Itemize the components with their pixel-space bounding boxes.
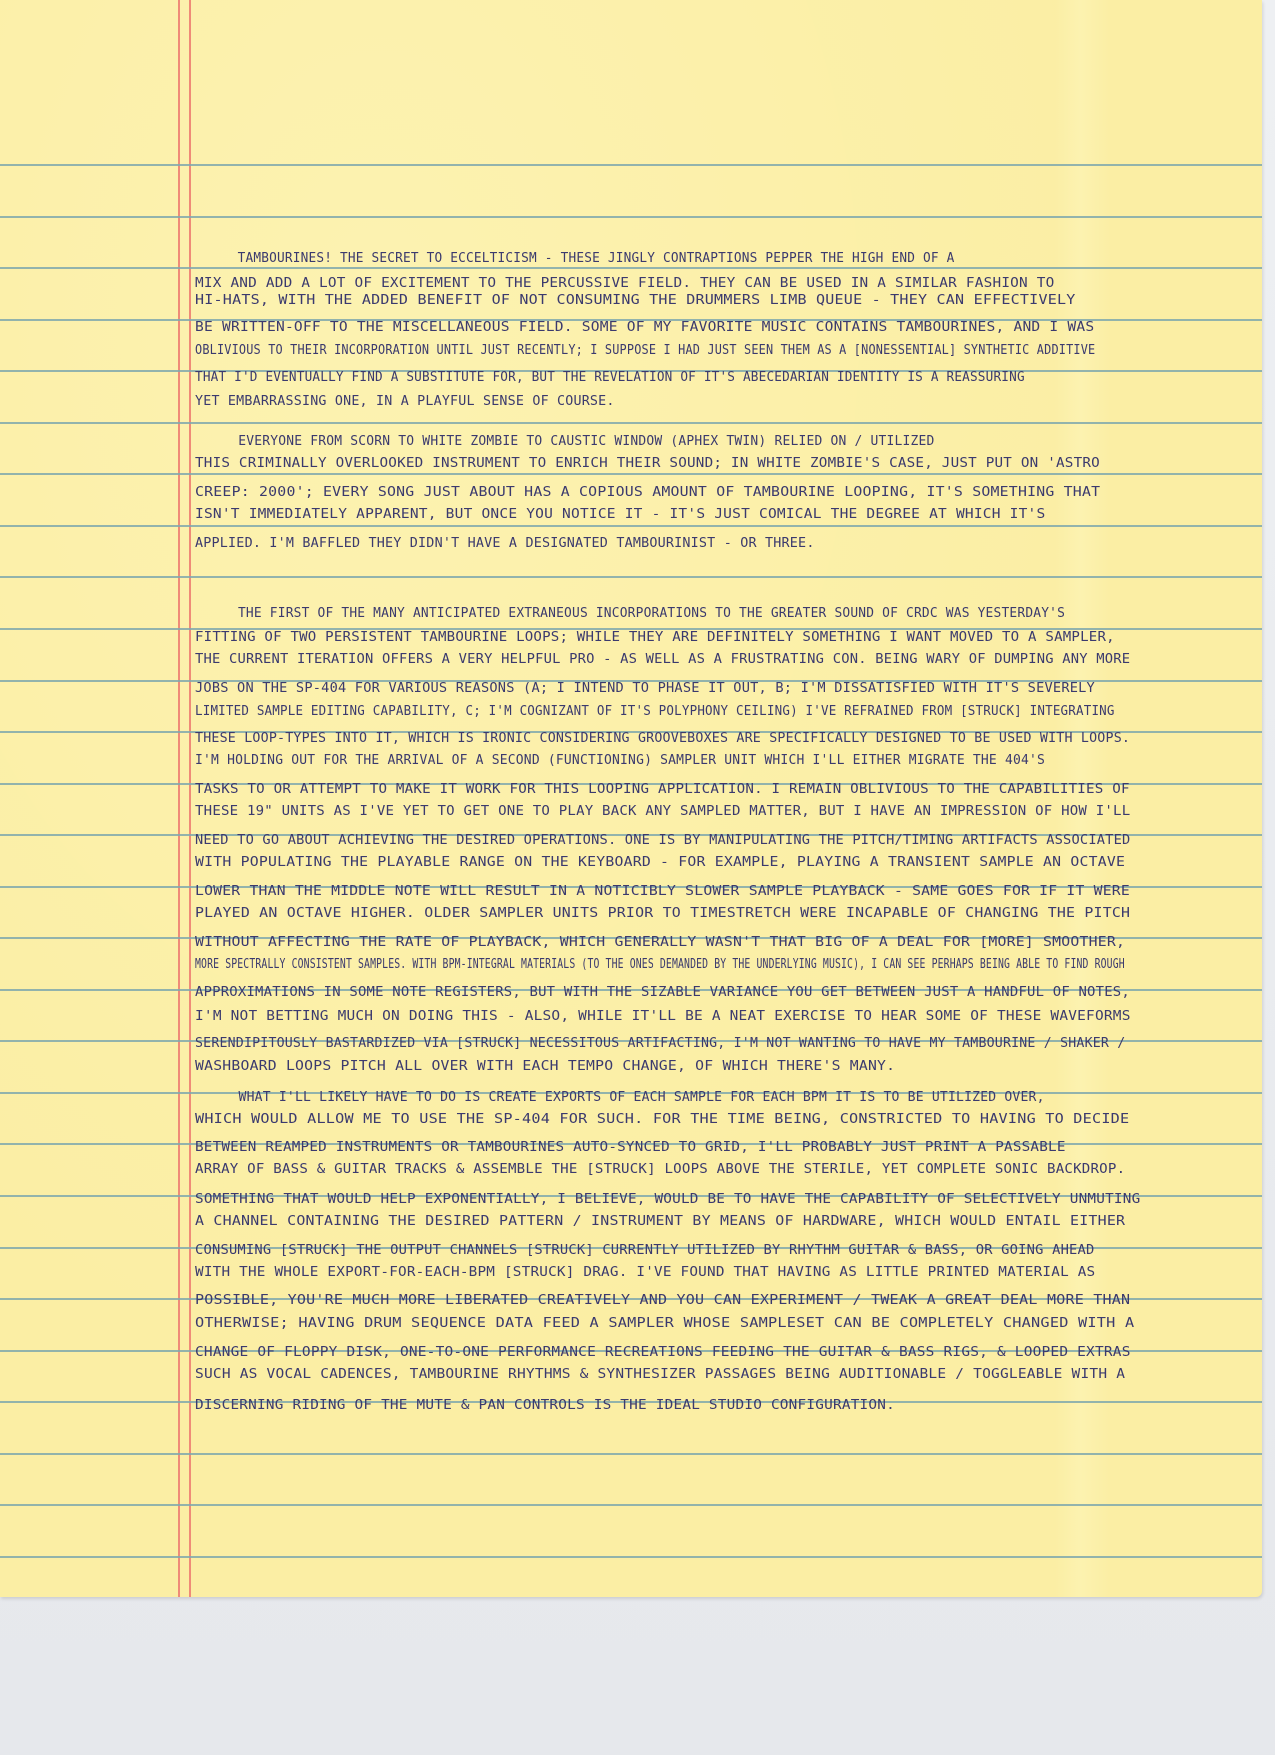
handwritten-line: between reamped instruments or tambourin… [195, 1138, 1066, 1156]
handwritten-line: lower than the middle note will result i… [195, 882, 1130, 900]
legal-pad-page: Tambourines! The secret to eccelticism -… [0, 0, 1262, 1597]
handwritten-line: be written-off to the miscellaneous fiel… [195, 318, 1094, 336]
handwritten-line: washboard loops pitch all over with each… [195, 1057, 895, 1075]
handwritten-line: I'm holding out for the arrival of a sec… [195, 751, 1045, 769]
handwritten-line: with populating the playable range on th… [195, 853, 1125, 871]
margin-line-right [189, 0, 191, 1597]
handwritten-line: the current iteration offers a very help… [195, 650, 1130, 668]
handwritten-line: hi-hats, with the added benefit of not c… [195, 291, 1076, 309]
handwritten-line: I'm not betting much on doing this - als… [195, 1007, 1131, 1025]
margin-line-left [178, 0, 180, 1597]
handwritten-line: with the whole export-for-each-BPM [stru… [195, 1263, 1095, 1281]
handwritten-line: approximations in some note registers, b… [195, 983, 1130, 1001]
handwritten-line: limited sample editing capability, C; I'… [195, 702, 1115, 720]
handwritten-line: jobs on the SP-404 for various reasons (… [195, 679, 1095, 697]
handwritten-line: consuming [struck] the output channels [… [195, 1241, 1095, 1259]
handwritten-line: The first of the many anticipated extran… [195, 604, 1065, 622]
handwritten-line: serendipitously bastardized via [struck]… [195, 1034, 1125, 1052]
handwritten-line: change of floppy disk, one-to-one perfor… [195, 1343, 1131, 1361]
handwritten-line: such as vocal cadences, tambourine rhyth… [195, 1365, 1125, 1383]
handwritten-line: What I'll likely have to do is create ex… [195, 1088, 1045, 1106]
handwritten-line: isn't immediately apparent, but once you… [195, 505, 1045, 523]
handwritten-line: possible, you're much more liberated cre… [195, 1291, 1130, 1309]
handwritten-line: yet embarrassing one, in a playful sense… [195, 392, 615, 410]
handwritten-line: otherwise; having drum sequence data fee… [195, 1314, 1134, 1332]
handwritten-text: Tambourines! The secret to eccelticism -… [195, 0, 1245, 1597]
handwritten-line: Something that would help exponentially,… [195, 1190, 1140, 1208]
handwritten-line: that I'd eventually find a substitute fo… [195, 368, 1025, 386]
handwritten-line: fitting of two persistent tambourine loo… [195, 628, 1115, 646]
handwritten-line: these loop-types into it, which is ironi… [195, 729, 1130, 747]
handwritten-line: mix and add a lot of excitement to the p… [195, 274, 1054, 292]
handwritten-line: played an octave higher. Older sampler u… [195, 904, 1130, 922]
handwritten-line: need to go about achieving the desired o… [195, 831, 1130, 849]
handwritten-line: discerning riding of the mute & pan cont… [195, 1396, 895, 1414]
handwritten-line: which would allow me to use the SP-404 f… [195, 1110, 1129, 1128]
handwritten-line: these 19" units as I've yet to get one t… [195, 802, 1130, 820]
handwritten-line: Creep: 2000'; every song just about has … [195, 483, 1100, 501]
handwritten-line: array of bass & guitar tracks & assemble… [195, 1160, 1125, 1178]
handwritten-line: tasks to or attempt to make it work for … [195, 780, 1130, 798]
handwritten-line: without affecting the rate of playback, … [195, 933, 1125, 951]
handwritten-line: oblivious to their incorporation until j… [195, 341, 1095, 359]
handwritten-line: a channel containing the desired pattern… [195, 1212, 1125, 1230]
handwritten-line: more spectrally consistent samples. With… [195, 955, 1125, 973]
handwritten-line: Everyone from Scorn to White Zombie to C… [195, 432, 935, 450]
handwritten-line: Tambourines! The secret to eccelticism -… [195, 249, 954, 267]
handwritten-line: applied. I'm baffled they didn't have a … [195, 534, 815, 552]
handwritten-line: this criminally overlooked instrument to… [195, 454, 1100, 472]
